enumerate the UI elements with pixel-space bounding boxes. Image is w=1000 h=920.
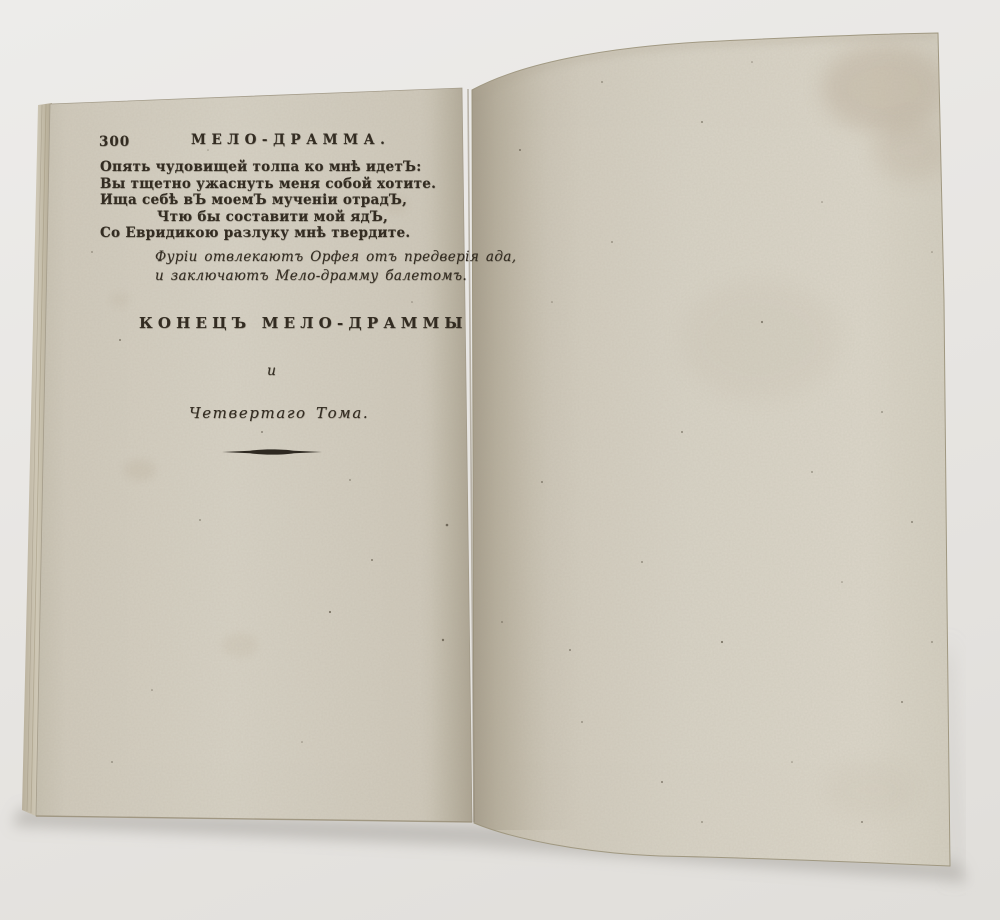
verse-line: Опять чудовищей толпа ко мнѣ идетЪ: — [100, 159, 436, 176]
verse-line: Вы тщетно ужаснуть меня собой хотите. — [100, 176, 436, 193]
page-number: 300 — [99, 134, 130, 150]
conjunction-and: и — [267, 363, 276, 379]
photo-open-antique-book: 300 МЕЛО-ДРАММА. Опять чудовищей толпа к… — [0, 0, 1000, 920]
verse-line: Ища себѣ вЪ моемЪ мученіи отрадЪ, — [100, 192, 436, 209]
verse-line: Чтю бы составити мой ядЪ, — [100, 209, 436, 226]
stage-direction: Фуріи отвлекаютъ Орфея отъ предверія ада… — [155, 248, 516, 285]
stage-direction-line: и заключаютъ Мело-драмму балетомъ. — [155, 267, 516, 286]
stage-direction-line: Фуріи отвлекаютъ Орфея отъ предверія ада… — [155, 248, 516, 267]
end-of-volume-line: Четвертаго Тома. — [189, 404, 369, 422]
left-page-content: 300 МЕЛО-ДРАММА. Опять чудовищей толпа к… — [0, 0, 1000, 920]
swelled-rule-ornament-icon — [222, 448, 322, 456]
end-of-melodrama-title: КОНЕЦЪ МЕЛО-ДРАММЫ — [139, 314, 468, 332]
verse-block: Опять чудовищей толпа ко мнѣ идетЪ: Вы т… — [100, 159, 436, 242]
running-title: МЕЛО-ДРАММА. — [191, 132, 390, 148]
verse-line: Со Евридикою разлуку мнѣ твердите. — [100, 225, 436, 242]
